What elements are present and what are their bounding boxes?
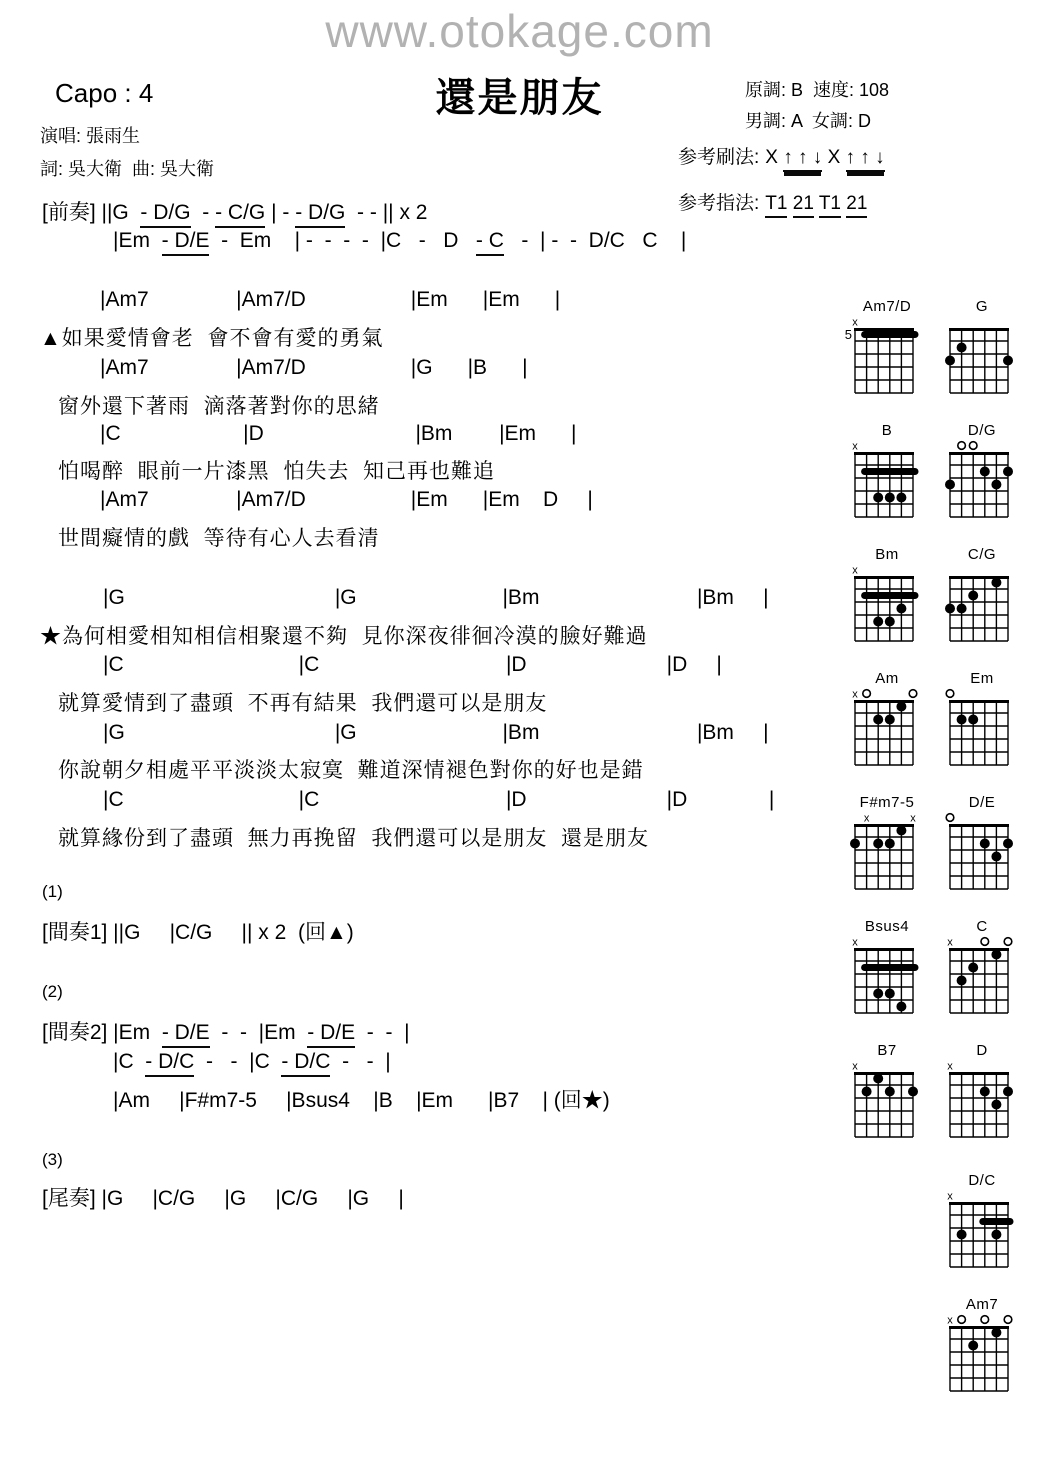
finger-reference: 参考指法:T1 21 T1 21	[678, 188, 867, 215]
underlined-segment: - D/C	[145, 1050, 194, 1077]
verse-chords-2: |Am7 |Am7/D |G |B |	[100, 356, 528, 380]
underlined-segment: - D/E	[162, 1021, 210, 1048]
text-segment: - - |	[330, 1050, 390, 1073]
text-segment: |G |G |Bm |Bm |	[103, 586, 769, 609]
text-segment: | -	[265, 201, 295, 224]
original-key-tempo: 原調: B 速度: 108	[745, 76, 889, 102]
strum-pattern: X ↑ ↑ ↓ X ↑ ↑ ↓	[765, 147, 884, 168]
underlined-segment: - C/G	[215, 201, 265, 228]
chorus-lyric-4: 就算緣份到了盡頭 無力再挽留 我們還可以是朋友 還是朋友	[58, 822, 649, 852]
text-segment: [間奏2] |Em	[42, 1021, 162, 1044]
interlude-2b: |C - D/C - - |C - D/C - - |	[113, 1050, 391, 1074]
male-female-key: 男調: A 女調: D	[745, 107, 871, 133]
underlined-segment: 21	[846, 193, 867, 218]
strum-reference: 参考刷法:X ↑ ↑ ↓ X ↑ ↑ ↓	[678, 142, 885, 169]
fretboard-grid: x	[940, 1314, 1024, 1398]
svg-text:x: x	[947, 937, 953, 949]
chord-diagram-am7: Am7x	[940, 1296, 1024, 1398]
chord-diagram-d: Dx	[940, 1042, 1024, 1144]
text-segment: -	[191, 201, 216, 224]
mark-1: (1)	[42, 882, 63, 902]
fretboard-grid: x	[940, 1190, 1024, 1274]
text-segment: [前奏] ||G	[42, 201, 140, 224]
text-segment: (1)	[42, 882, 63, 901]
chorus-chords-3: |G |G |Bm |Bm |	[103, 721, 769, 745]
fretboard-grid: x	[845, 936, 929, 1020]
chorus-chords-1: |G |G |Bm |Bm |	[103, 586, 769, 610]
text-segment: - | - - D/C C |	[504, 229, 686, 252]
underlined-segment: - D/E	[162, 229, 210, 256]
text-segment: X	[765, 147, 783, 168]
fretboard-grid: xx	[845, 812, 929, 896]
fretboard-grid	[940, 316, 1024, 400]
text-segment: (3)	[42, 1150, 63, 1169]
verse-lyric-1: ▲如果愛情會老 會不會有愛的勇氣	[40, 322, 383, 352]
text-segment: [間奏1] ||G |C/G || x 2 (回▲)	[42, 921, 354, 944]
svg-text:5: 5	[845, 327, 852, 342]
fretboard-grid	[940, 812, 1024, 896]
text-segment: 就算緣份到了盡頭 無力再挽留 我們還可以是朋友 還是朋友	[58, 827, 649, 850]
chord-diagram-f-m7-5: F#m7-5xx	[845, 794, 929, 896]
chorus-lyric-3: 你說朝夕相處平平淡淡太寂寞 難道深情褪色對你的好也是錯	[58, 754, 644, 784]
fretboard-grid: x	[940, 1060, 1024, 1144]
chord-name: D/G	[940, 422, 1024, 440]
chord-name: B7	[845, 1042, 929, 1060]
fretboard-grid: x	[845, 688, 929, 772]
svg-text:x: x	[947, 1061, 953, 1073]
text-segment: |G |G |Bm |Bm |	[103, 721, 769, 744]
chord-name: D/E	[940, 794, 1024, 812]
text-segment: |Am7 |Am7/D |Em |Em |	[100, 288, 560, 311]
interlude-2c: |Am |F#m7-5 |Bsus4 |B |Em |B7 | (回★)	[113, 1084, 610, 1114]
outro-line: [尾奏] |G |C/G |G |C/G |G |	[42, 1182, 404, 1212]
chord-name: Bm	[845, 546, 929, 564]
underlined-segment: - C	[476, 229, 504, 256]
chord-diagram-bsus4: Bsus4x	[845, 918, 929, 1020]
strum-label: 参考刷法:	[678, 147, 759, 168]
underlined-segment: T1	[819, 193, 841, 218]
chord-name: Bsus4	[845, 918, 929, 936]
chord-diagram-am: Amx	[845, 670, 929, 772]
chord-diagram-c: Cx	[940, 918, 1024, 1020]
verse-lyric-2: 窗外還下著雨 滴落著對你的思緒	[58, 390, 380, 420]
text-segment	[787, 193, 792, 214]
verse-lyric-3: 怕喝醉 眼前一片漆黑 怕失去 知己再也難追	[58, 455, 495, 485]
text-segment: |Am |F#m7-5 |Bsus4 |B |Em |B7 | (回★)	[113, 1089, 610, 1112]
svg-text:x: x	[852, 937, 858, 949]
chord-diagram-d-e: D/E	[940, 794, 1024, 896]
mark-3: (3)	[42, 1150, 63, 1170]
fretboard-grid	[940, 440, 1024, 524]
text-segment: 世間癡情的戲 等待有心人去看清	[58, 527, 380, 550]
chord-diagram-d-g: D/G	[940, 422, 1024, 524]
chord-name: Em	[940, 670, 1024, 688]
underlined-segment: - D/C	[281, 1050, 330, 1077]
underlined-segment: - D/G	[140, 201, 190, 228]
fretboard-grid	[940, 688, 1024, 772]
text-segment: |C	[113, 1050, 145, 1073]
text-segment: ▲如果愛情會老 會不會有愛的勇氣	[40, 327, 383, 350]
chord-name: Am7	[940, 1296, 1024, 1314]
chorus-chords-2: |C |C |D |D |	[103, 653, 722, 677]
mark-2: (2)	[42, 982, 63, 1002]
text-segment: - Em | - - - - |C - D	[209, 229, 475, 252]
chord-diagram-b7: B7x	[845, 1042, 929, 1144]
underlined-segment: T1	[765, 193, 787, 218]
chord-name: D/C	[940, 1172, 1024, 1190]
text-segment: |Am7 |Am7/D |Em |Em D |	[100, 488, 593, 511]
text-segment: |C |C |D |D |	[103, 653, 722, 676]
text-segment: - - || x 2	[345, 201, 427, 224]
text-segment: 窗外還下著雨 滴落著對你的思緒	[58, 395, 380, 418]
text-segment: - - |	[355, 1021, 409, 1044]
interlude-1: [間奏1] ||G |C/G || x 2 (回▲)	[42, 916, 354, 946]
chord-sheet-page: www.otokage.com Capo : 4 還是朋友 原調: B 速度: …	[0, 0, 1039, 1476]
finger-label: 参考指法:	[678, 193, 759, 214]
singer-credit: 演唱: 張雨生	[40, 122, 140, 148]
underlined-segment: - D/E	[307, 1021, 355, 1048]
text-segment: X	[822, 147, 845, 168]
interlude-2a: [間奏2] |Em - D/E - - |Em - D/E - - |	[42, 1016, 410, 1046]
svg-text:x: x	[864, 813, 870, 825]
text-segment: |C |C |D |D |	[103, 788, 774, 811]
chord-diagram-em: Em	[940, 670, 1024, 772]
chord-diagram-c-g: C/G	[940, 546, 1024, 648]
svg-text:x: x	[852, 317, 858, 329]
chorus-chords-4: |C |C |D |D |	[103, 788, 774, 812]
chord-diagram-g: G	[940, 298, 1024, 400]
chord-name: G	[940, 298, 1024, 316]
text-segment: (2)	[42, 982, 63, 1001]
chord-diagram-b: Bx	[845, 422, 929, 524]
text-segment: [尾奏] |G |C/G |G |C/G |G |	[42, 1187, 404, 1210]
svg-text:x: x	[852, 1061, 858, 1073]
chord-name: F#m7-5	[845, 794, 929, 812]
underlined-segment: 21	[793, 193, 814, 218]
text-segment: - - |C	[194, 1050, 281, 1073]
chord-name: D	[940, 1042, 1024, 1060]
chord-name: Am7/D	[845, 298, 929, 316]
underlined-segment: ↑ ↑ ↓	[846, 147, 885, 172]
text-segment: |Em	[113, 229, 162, 252]
chord-name: Am	[845, 670, 929, 688]
svg-text:x: x	[910, 813, 916, 825]
underlined-segment: - D/G	[295, 201, 345, 228]
chord-name: C	[940, 918, 1024, 936]
chord-diagram-d-c: D/Cx	[940, 1172, 1024, 1274]
fretboard-grid: x	[940, 936, 1024, 1020]
fretboard-grid: x5	[845, 316, 929, 400]
chord-diagram-bm: Bmx	[845, 546, 929, 648]
verse-chords-1: |Am7 |Am7/D |Em |Em |	[100, 288, 560, 312]
fretboard-grid: x	[845, 440, 929, 524]
text-segment: |Am7 |Am7/D |G |B |	[100, 356, 528, 379]
writers-credit: 詞: 吳大衛 曲: 吳大衛	[40, 155, 214, 181]
svg-text:x: x	[852, 689, 858, 701]
verse-chords-4: |Am7 |Am7/D |Em |Em D |	[100, 488, 593, 512]
svg-text:x: x	[852, 441, 858, 453]
chord-name: C/G	[940, 546, 1024, 564]
chord-name: B	[845, 422, 929, 440]
fretboard-grid	[940, 564, 1024, 648]
intro-line-1: [前奏] ||G - D/G - - C/G | - - D/G - - || …	[42, 196, 427, 226]
svg-text:x: x	[947, 1315, 953, 1327]
chord-diagram-am7-d: Am7/Dx5	[845, 298, 929, 400]
watermark-text: www.otokage.com	[0, 4, 1039, 58]
fretboard-grid: x	[845, 1060, 929, 1144]
text-segment: 怕喝醉 眼前一片漆黑 怕失去 知己再也難追	[58, 460, 495, 483]
fretboard-grid: x	[845, 564, 929, 648]
text-segment: ★為何相愛相知相信相聚還不夠 見你深夜徘徊冷漠的臉好難過	[40, 625, 648, 648]
text-segment: 你說朝夕相處平平淡淡太寂寞 難道深情褪色對你的好也是錯	[58, 759, 644, 782]
text-segment: 就算愛情到了盡頭 不再有結果 我們還可以是朋友	[58, 692, 547, 715]
chorus-lyric-2: 就算愛情到了盡頭 不再有結果 我們還可以是朋友	[58, 687, 547, 717]
chorus-lyric-1: ★為何相愛相知相信相聚還不夠 見你深夜徘徊冷漠的臉好難過	[40, 620, 648, 650]
underlined-segment: ↑ ↑ ↓	[783, 147, 822, 172]
verse-lyric-4: 世間癡情的戲 等待有心人去看清	[58, 522, 380, 552]
finger-pattern: T1 21 T1 21	[765, 193, 867, 214]
text-segment: |C |D |Bm |Em |	[100, 422, 577, 445]
intro-line-2: |Em - D/E - Em | - - - - |C - D - C - | …	[113, 229, 686, 253]
verse-chords-3: |C |D |Bm |Em |	[100, 422, 577, 446]
text-segment: - - |Em	[210, 1021, 308, 1044]
svg-text:x: x	[947, 1191, 953, 1203]
svg-text:x: x	[852, 565, 858, 577]
